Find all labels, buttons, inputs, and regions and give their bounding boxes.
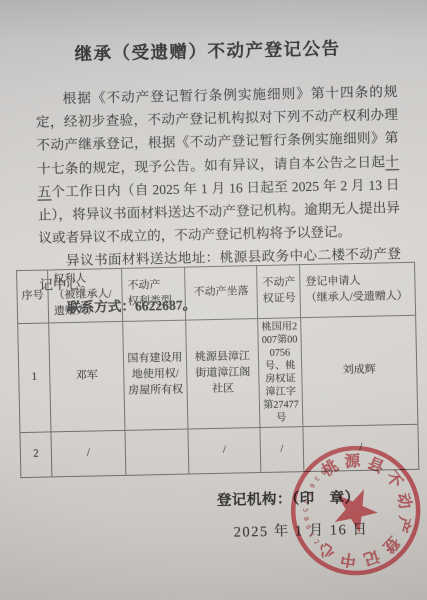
- cell-cert-no: 桃国用2007第000756号、桃房权证漳江字第27477号: [258, 317, 303, 427]
- cell-serial-no: 2: [20, 432, 52, 478]
- cell-location: 桃源县漳江街道漳江阁社区: [186, 318, 260, 428]
- table-row: 1 邓军 国有建设用地使用权/房屋所有权 桃源县漳江街道漳江阁社区 桃国用200…: [18, 315, 418, 432]
- cell-serial-no: 1: [18, 323, 51, 433]
- header-applicant: 登记申请人 （继承人/受遗赠人）: [300, 262, 416, 317]
- cell-location: /: [188, 427, 261, 473]
- notice-text-after-underline: 个工作日内（自 2025 年 1 月 16 日起至 2025 年 2 月 13 …: [38, 177, 400, 246]
- header-serial-no: 序号: [17, 270, 49, 323]
- cell-right-type: [125, 429, 189, 475]
- photographed-notice: 继承（受遗赠）不动产登记公告 根据《不动产登记暂行条例实施细则》第十四条的规定，…: [0, 0, 427, 600]
- header-right-type: 不动产 权利类型: [122, 267, 186, 321]
- header-cert-no: 不动产 权证号: [257, 265, 301, 319]
- official-seal-icon: 桃源县不动产登记中心 4307250012: [278, 433, 427, 588]
- header-right-holder: 权利人 （被继承人/遗赠人）: [48, 268, 123, 322]
- notice-text-before-underline: 根据《不动产登记暂行条例实施细则》第十四条的规定，经初步查验，不动产登记机构拟对…: [36, 84, 399, 176]
- notice-title: 继承（受遗赠）不动产登记公告: [16, 34, 398, 67]
- notice-paragraph: 根据《不动产登记暂行条例实施细则》第十四条的规定，经初步查验，不动产登记机构拟对…: [35, 80, 400, 250]
- seal-star-icon: [334, 487, 380, 535]
- cell-applicant: 刘成辉: [301, 315, 418, 426]
- table-header-row: 序号 权利人 （被继承人/遗赠人） 不动产 权利类型 不动产坐落 不动产 权证号…: [17, 262, 416, 323]
- notice-document: 继承（受遗赠）不动产登记公告 根据《不动产登记暂行条例实施细则》第十四条的规定，…: [0, 0, 427, 600]
- cell-right-holder: 邓军: [49, 321, 125, 432]
- cell-right-type: 国有建设用地使用权/房屋所有权: [123, 320, 188, 430]
- cell-right-holder: /: [51, 430, 126, 477]
- header-location: 不动产坐落: [185, 266, 258, 320]
